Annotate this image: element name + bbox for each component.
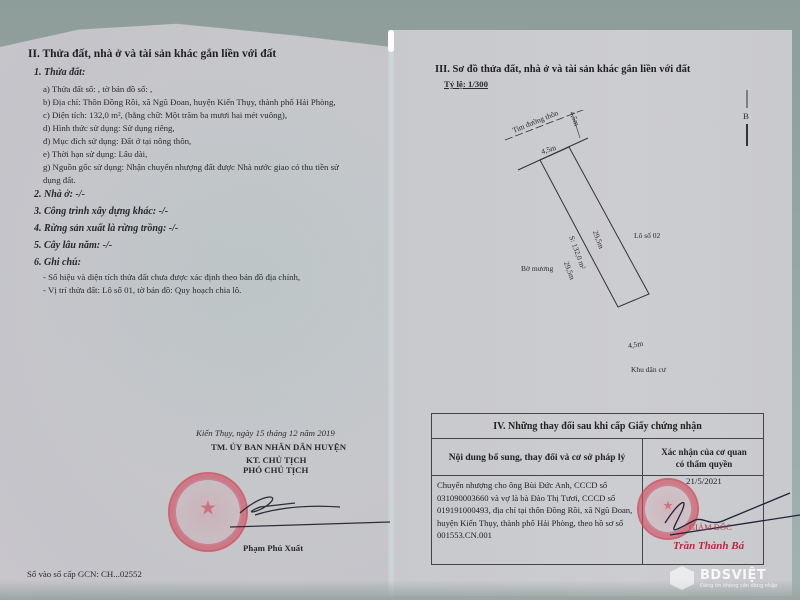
usage-term: e) Thời hạn sử dụng: Lâu dài, bbox=[43, 149, 147, 159]
stamp-title: GIÁM ĐỐC bbox=[689, 522, 732, 532]
notes-heading: 6. Ghi chú: bbox=[34, 257, 81, 268]
usage-origin-cont: dụng đất. bbox=[43, 175, 76, 185]
planted-forest-item: 4. Rừng sản xuất là rừng trồng: -/- bbox=[34, 223, 178, 234]
other-construction-item: 3. Công trình xây dựng khác: -/- bbox=[34, 206, 168, 217]
neighbor-right: Lô số 02 bbox=[634, 231, 660, 240]
plot-address: b) Địa chỉ: Thôn Đồng Rồi, xã Ngũ Đoan, … bbox=[43, 97, 336, 107]
plot-area: c) Diện tích: 132,0 m², (bằng chữ: Một t… bbox=[43, 110, 287, 120]
watermark-tagline: Đăng tin không cần đăng nhập bbox=[700, 583, 777, 589]
column-header-confirm-line-1: Xác nhận của cơ quan bbox=[661, 446, 747, 458]
land-plot-heading: 1. Thửa đất: bbox=[34, 67, 85, 78]
section-iii-title: III. Sơ đồ thửa đất, nhà ở và tài sản kh… bbox=[435, 64, 690, 75]
usage-origin: g) Nguồn gốc sử dụng: Nhận chuyển nhượng… bbox=[43, 162, 339, 172]
signature-right bbox=[650, 485, 800, 545]
usage-purpose: đ) Mục đích sử dụng: Đất ở tại nông thôn… bbox=[43, 136, 191, 146]
signing-role-1: KT. CHỦ TỊCH bbox=[246, 455, 307, 465]
place-date: Kiến Thụy, ngày 15 tháng 12 năm 2019 bbox=[196, 428, 335, 438]
watermark: BDSVIỆT Đăng tin không cần đăng nhập bbox=[670, 560, 800, 596]
neighbor-bottom: Khu dân cư bbox=[631, 365, 666, 374]
signer-name: Phạm Phú Xuất bbox=[243, 543, 303, 553]
usage-form: d) Hình thức sử dụng: Sử dụng riêng, bbox=[43, 123, 175, 133]
gcn-number: Số vào sổ cấp GCN: CH...02552 bbox=[27, 569, 142, 579]
house-item: 2. Nhà ở: -/- bbox=[34, 189, 85, 200]
note-item: - Số hiệu và diện tích thửa đất chưa đượ… bbox=[43, 272, 300, 282]
plot-number: a) Thửa đất số: , tờ bản đồ số: , bbox=[43, 84, 152, 94]
north-label: B bbox=[743, 111, 749, 121]
neighbor-left: Bờ mương bbox=[521, 264, 553, 273]
signature-left bbox=[200, 485, 400, 535]
column-header-confirm: Xác nhận của cơ quan có thẩm quyền bbox=[643, 439, 765, 476]
column-header-content: Nội dung bổ sung, thay đổi và cơ sở pháp… bbox=[432, 439, 642, 476]
changes-table-title: IV. Những thay đổi sau khi cấp Giấy chứn… bbox=[432, 414, 763, 439]
change-entry-content: Chuyển nhượng cho ông Bùi Đức Anh, CCCD … bbox=[437, 479, 640, 542]
map-scale: Tỷ lệ: 1/300 bbox=[444, 79, 488, 89]
section-ii-title: II. Thửa đất, nhà ở và tài sản khác gắn … bbox=[28, 48, 276, 60]
column-header-confirm-line-2: có thẩm quyền bbox=[676, 458, 733, 470]
stamp-signer: Trần Thành Bá bbox=[673, 540, 744, 552]
signing-role-2: PHÓ CHỦ TỊCH bbox=[243, 465, 308, 475]
signing-org: TM. ỦY BAN NHÂN DÂN HUYỆN bbox=[211, 442, 346, 452]
perennial-trees-item: 5. Cây lâu năm: -/- bbox=[34, 240, 112, 251]
watermark-brand: BDSVIỆT bbox=[700, 568, 777, 583]
bdsviet-logo-icon bbox=[670, 566, 694, 590]
note-item: - Vị trí thửa đất: Lô số 01, tờ bản đồ: … bbox=[43, 285, 241, 295]
paper-clip bbox=[388, 30, 394, 52]
